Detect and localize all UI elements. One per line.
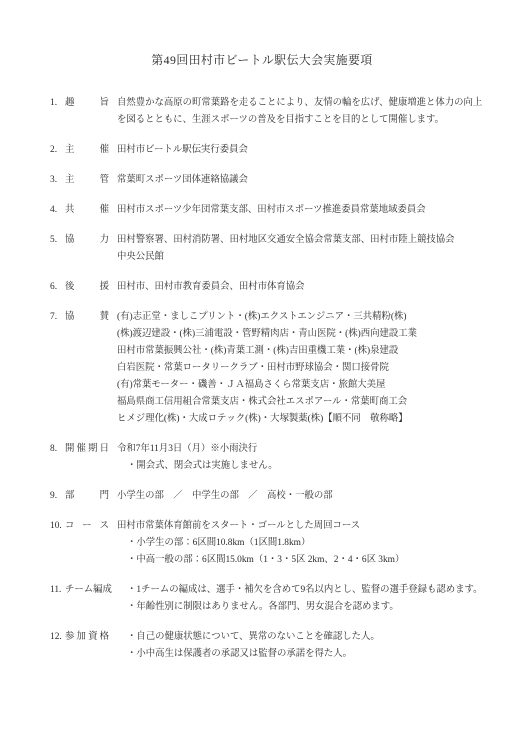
item-text-line: ・年齢性別に制限はありません。各部門、男女混合を認めます。 — [117, 599, 496, 616]
item-label: 後 援 — [65, 279, 109, 296]
item-text-line: 令和7年11月3日（月）※小雨決行 — [117, 441, 496, 458]
item-text-line: ・中高一般の部：6区間15.0km（1・3・5区 2km、2・4・6区 3km） — [117, 552, 496, 569]
item-content: 田村市、田村市教育委員会、田村市体育協会 — [117, 279, 496, 296]
document-item: 9. 部 門 小学生の部 ／ 中学生の部 ／ 高校・一般の部 — [50, 488, 496, 505]
item-number: 7. — [50, 309, 65, 326]
document-item: 7. 協 賛 (有)志正堂・ましこプリント・(株)エクストエンジニア・三共精粉(… — [50, 309, 496, 428]
item-text-line: 中央公民館 — [117, 249, 496, 266]
item-text-line: 自然豊かな高原の町常葉路を走ることにより、友情の輪を広げ、健康増進と体力の向上 — [117, 95, 496, 112]
item-text-line: (株)渡辺建設・(株)三浦電設・管野精肉店・青山医院・(株)西向建設工業 — [117, 326, 496, 343]
item-label: チーム編成 — [65, 582, 109, 599]
document-item: 11. チーム編成 ・1チームの編成は、選手・補欠を含めて9名以内とし、監督の選… — [50, 582, 496, 616]
item-text-line: 田村警察署、田村消防署、田村地区交通安全協会常葉支部、田村市陸上競技協会 — [117, 232, 496, 249]
item-number: 5. — [50, 232, 65, 249]
item-label: 開催期日 — [65, 441, 109, 458]
document-item: 12. 参加資格 ・自己の健康状態について、異常のないことを確認した人。・小中高… — [50, 629, 496, 663]
item-text-line: ・小中高生は保護者の承認又は監督の承諾を得た人。 — [117, 646, 496, 663]
item-number: 10. — [50, 518, 65, 535]
item-content: 常葉町スポーツ団体連絡協議会 — [117, 172, 496, 189]
item-label: 主 催 — [65, 142, 109, 159]
item-content: 田村市常葉体育館前をスタート・ゴールとした周回コース・小学生の部：6区間10.8… — [117, 518, 496, 569]
item-text-line: ・小学生の部：6区間10.8km（1区間1.8km） — [117, 535, 496, 552]
item-label: 協 力 — [65, 232, 109, 249]
document-title: 第49回田村市ビートル駅伝大会実施要項 — [0, 52, 524, 68]
item-text-line: 田村市常葉体育館前をスタート・ゴールとした周回コース — [117, 518, 496, 535]
item-number: 12. — [50, 629, 65, 646]
item-content: ・1チームの編成は、選手・補欠を含めて9名以内とし、監督の選手登録も認めます。・… — [117, 582, 496, 616]
items-list: 1. 趣 旨 自然豊かな高原の町常葉路を走ることにより、友情の輪を広げ、健康増進… — [0, 95, 524, 663]
item-text-line: (有)常葉モーター・磯善・ＪＡ福島さくら常葉支店・旅館大美屋 — [117, 377, 496, 394]
item-content: 自然豊かな高原の町常葉路を走ることにより、友情の輪を広げ、健康増進と体力の向上を… — [117, 95, 496, 129]
item-text-line: ヒメジ理化(株)・大成ロテック(株)・大塚製薬(株)【順不同 敬称略】 — [117, 411, 496, 428]
item-text-line: 常葉町スポーツ団体連絡協議会 — [117, 172, 496, 189]
item-label: 主 管 — [65, 172, 109, 189]
item-content: 田村警察署、田村消防署、田村地区交通安全協会常葉支部、田村市陸上競技協会中央公民… — [117, 232, 496, 266]
item-label: 参加資格 — [65, 629, 109, 646]
item-content: ・自己の健康状態について、異常のないことを確認した人。・小中高生は保護者の承認又… — [117, 629, 496, 663]
document-item: 2. 主 催 田村市ビートル駅伝実行委員会 — [50, 142, 496, 159]
item-content: 令和7年11月3日（月）※小雨決行・開会式、閉会式は実施しません。 — [117, 441, 496, 475]
item-text-line: ・1チームの編成は、選手・補欠を含めて9名以内とし、監督の選手登録も認めます。 — [117, 582, 496, 599]
item-text-line: 小学生の部 ／ 中学生の部 ／ 高校・一般の部 — [117, 488, 496, 505]
item-content: (有)志正堂・ましこプリント・(株)エクストエンジニア・三共精粉(株)(株)渡辺… — [117, 309, 496, 428]
item-label: 部 門 — [65, 488, 109, 505]
item-text-line: 白岩医院・常葉ロータリークラブ・田村市野球協会・関口接骨院 — [117, 360, 496, 377]
item-label: 趣 旨 — [65, 95, 109, 112]
item-content: 田村市ビートル駅伝実行委員会 — [117, 142, 496, 159]
item-text-line: ・自己の健康状態について、異常のないことを確認した人。 — [117, 629, 496, 646]
item-number: 6. — [50, 279, 65, 296]
item-number: 11. — [50, 582, 65, 599]
item-text-line: 田村市常葉振興公社・(株)青葉工測・(株)吉田重機工業・(株)泉建設 — [117, 343, 496, 360]
document-item: 4. 共 催 田村市スポーツ少年団常葉支部、田村市スポーツ推進委員常葉地域委員会 — [50, 202, 496, 219]
item-label: 協 賛 — [65, 309, 109, 326]
item-text-line: 田村市、田村市教育委員会、田村市体育協会 — [117, 279, 496, 296]
item-number: 4. — [50, 202, 65, 219]
item-number: 2. — [50, 142, 65, 159]
document-item: 8. 開催期日 令和7年11月3日（月）※小雨決行・開会式、閉会式は実施しません… — [50, 441, 496, 475]
item-content: 小学生の部 ／ 中学生の部 ／ 高校・一般の部 — [117, 488, 496, 505]
document-item: 5. 協 力 田村警察署、田村消防署、田村地区交通安全協会常葉支部、田村市陸上競… — [50, 232, 496, 266]
document-item: 10. コ ー ス 田村市常葉体育館前をスタート・ゴールとした周回コース・小学生… — [50, 518, 496, 569]
item-number: 9. — [50, 488, 65, 505]
item-text-line: (有)志正堂・ましこプリント・(株)エクストエンジニア・三共精粉(株) — [117, 309, 496, 326]
item-text-line: 田村市ビートル駅伝実行委員会 — [117, 142, 496, 159]
item-label: 共 催 — [65, 202, 109, 219]
item-content: 田村市スポーツ少年団常葉支部、田村市スポーツ推進委員常葉地域委員会 — [117, 202, 496, 219]
item-text-line: 福島県商工信用組合常葉支店・株式会社エスポアール・常葉町商工会 — [117, 394, 496, 411]
document-page: 第49回田村市ビートル駅伝大会実施要項 1. 趣 旨 自然豊かな高原の町常葉路を… — [0, 0, 524, 740]
item-text-line: ・開会式、閉会式は実施しません。 — [117, 458, 496, 475]
item-number: 3. — [50, 172, 65, 189]
item-number: 1. — [50, 95, 65, 112]
item-number: 8. — [50, 441, 65, 458]
item-text-line: を図るとともに、生涯スポーツの普及を目指すことを目的として開催します。 — [117, 112, 496, 129]
item-text-line: 田村市スポーツ少年団常葉支部、田村市スポーツ推進委員常葉地域委員会 — [117, 202, 496, 219]
item-label: コ ー ス — [65, 518, 109, 535]
document-item: 1. 趣 旨 自然豊かな高原の町常葉路を走ることにより、友情の輪を広げ、健康増進… — [50, 95, 496, 129]
document-item: 6. 後 援 田村市、田村市教育委員会、田村市体育協会 — [50, 279, 496, 296]
document-item: 3. 主 管 常葉町スポーツ団体連絡協議会 — [50, 172, 496, 189]
